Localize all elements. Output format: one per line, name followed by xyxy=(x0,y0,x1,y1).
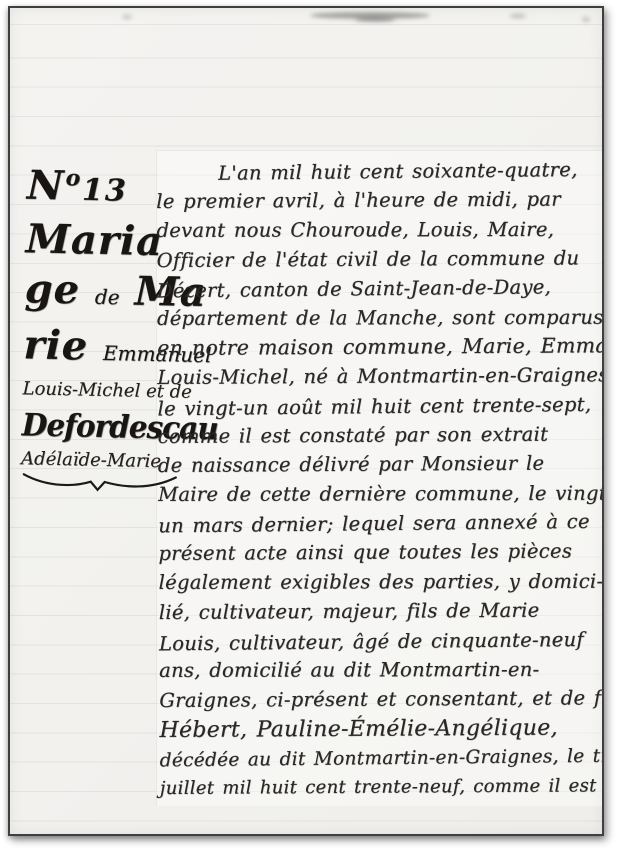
ink-smudge xyxy=(510,14,526,18)
act-line: présent acte ainsi que toutes les pièces xyxy=(158,536,604,569)
act-line: Officier de l'état civil de la commune d… xyxy=(157,242,604,275)
act-line: le vingt-un août mil huit cent trente-se… xyxy=(157,387,604,423)
act-line: en notre maison commune, Marie, Emmanuel xyxy=(157,330,604,363)
act-line: Hébert, Pauline-Émélie-Angélique, xyxy=(159,712,604,745)
act-line: département de la Manche, sont comparus xyxy=(157,302,604,333)
act-line: ans, domicilié au dit Montmartin-en- xyxy=(159,654,604,685)
act-number-value: 13 xyxy=(82,173,128,209)
act-line: Graignes, ci-présent et consentant, et d… xyxy=(159,682,604,715)
register-page: No13 Maria ge de Ma rie Emmanuel Louis-M… xyxy=(8,6,604,836)
ink-smudge xyxy=(355,17,395,22)
bride-surname: Defordescau xyxy=(21,403,179,452)
act-line: devant nous Chouroude, Louis, Maire, xyxy=(156,214,604,245)
act-line: le premier avril, à l'heure de midi, par xyxy=(156,183,604,216)
act-line: un mars dernier; lequel sera annexé à ce xyxy=(158,505,604,541)
act-line: décédée au dit Montmartin-en-Graignes, l… xyxy=(160,740,604,776)
act-line: Louis, cultivateur, âgé de cinquante-neu… xyxy=(159,622,604,658)
act-body-text: L'an mil huit cent soixante-quatre, le p… xyxy=(156,154,604,803)
act-line: L'an mil huit cent soixante-quatre, xyxy=(156,153,604,189)
act-number-letter: N xyxy=(26,162,66,210)
act-line: juillet mil huit cent trente-neuf, comme… xyxy=(160,770,604,803)
ink-smudge xyxy=(122,15,132,19)
heading-word-de: de xyxy=(95,285,120,310)
act-line: Maire de cette dernière commune, le ving… xyxy=(158,478,604,509)
act-line: Louis-Michel, né à Montmartin-en-Graigne… xyxy=(157,359,604,392)
ink-smudge xyxy=(582,17,590,22)
act-line: de naissance délivré par Monsieur le xyxy=(158,448,604,481)
act-line: lié, cultivateur, majeur, fils de Marie xyxy=(159,594,604,627)
act-line: légalement exigibles des parties, y domi… xyxy=(159,566,604,597)
act-number-ordinal: o xyxy=(65,165,82,191)
scanned-document: No13 Maria ge de Ma rie Emmanuel Louis-M… xyxy=(0,0,617,851)
heading-fragment: rie xyxy=(23,322,89,370)
heading-fragment: ge xyxy=(24,266,80,314)
act-line: comme il est constaté par son extrait xyxy=(158,418,604,451)
act-line: Dézert, canton de Saint-Jean-de-Daye, xyxy=(157,270,604,306)
